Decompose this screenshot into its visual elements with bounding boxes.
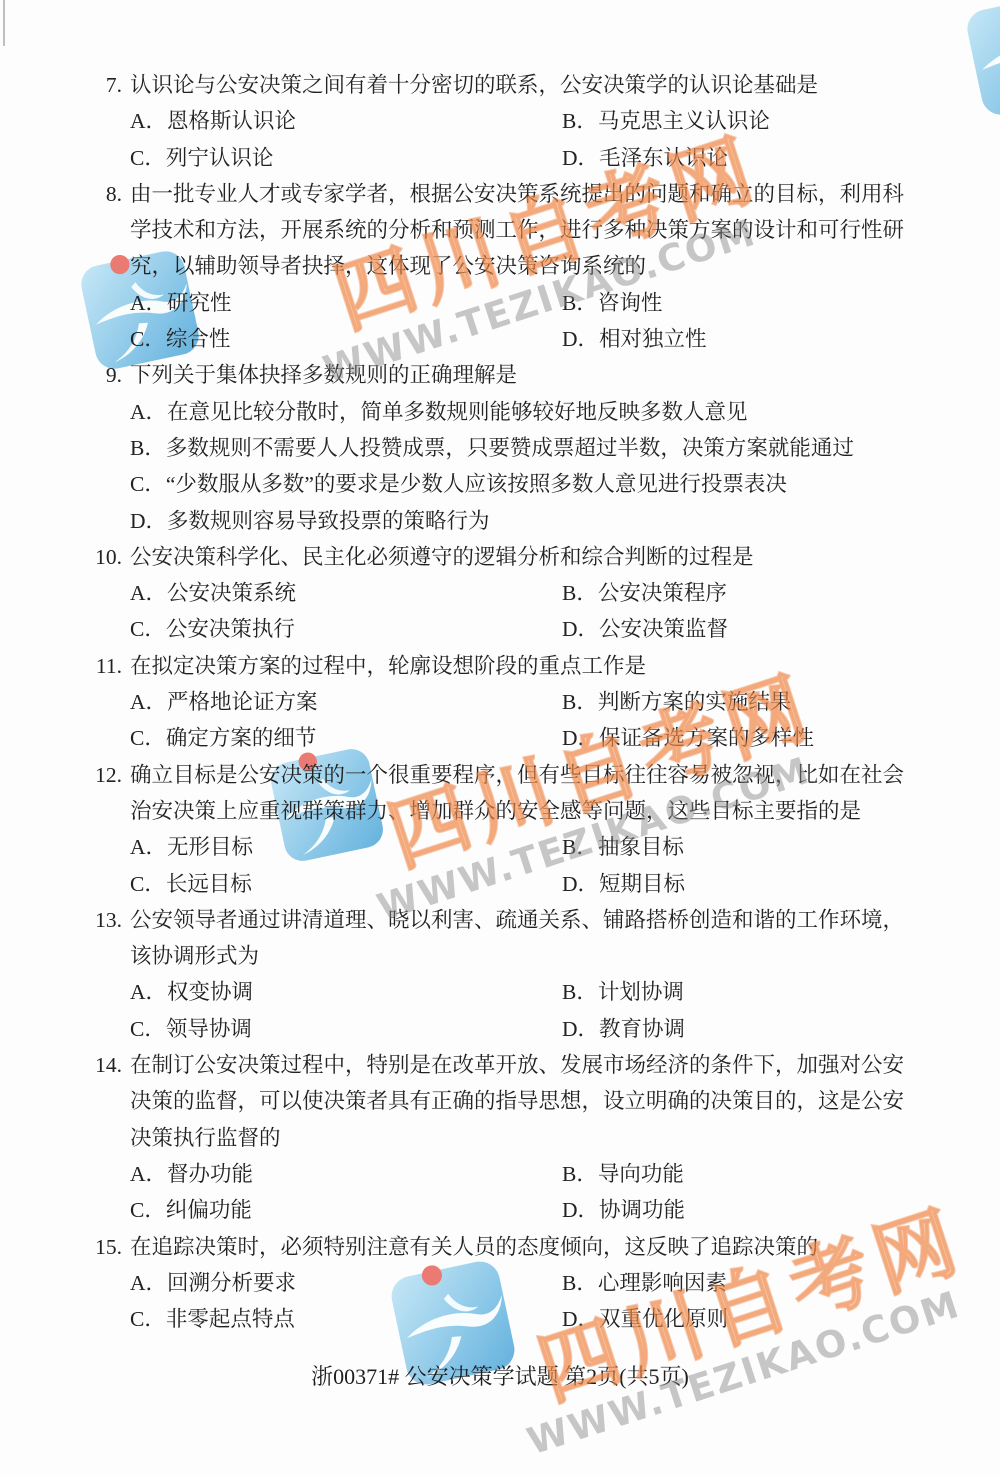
options-row: C．领导协调 D．教育协调: [0, 1011, 1000, 1047]
option-9-a: A．在意见比较分散时，简单多数规则能够较好地反映多数人意见: [0, 394, 1000, 430]
question-7: 7. 认识论与公安决策之间有着十分密切的联系，公安决策学的认识论基础是 A．恩格…: [0, 67, 1000, 176]
stem-line: 8. 由一批专业人才或专家学者，根据公安决策系统提出的问题和确立的目标，利用科: [0, 176, 1000, 212]
option-label: A．: [130, 684, 167, 720]
stem-line: 10. 公安决策科学化、民主化必须遵守的逻辑分析和综合判断的过程是: [0, 539, 1000, 575]
option-text: 领导协调: [166, 1017, 252, 1041]
option-15-a: A．回溯分析要求: [130, 1265, 562, 1301]
option-10-d: D．公安决策监督: [562, 611, 728, 647]
option-14-b: B．导向功能: [562, 1156, 684, 1192]
stem-line: 13. 公安领导者通过讲清道理、晓以利害、疏通关系、铺路搭桥创造和谐的工作环境，: [0, 902, 1000, 938]
stem-text: 确立目标是公安决策的一个很重要程序，但有些目标往往容易被忽视，比如在社会: [130, 763, 904, 787]
options-row: C．非零起点特点 D．双重优化原则: [0, 1301, 1000, 1337]
option-label: B．: [562, 1156, 598, 1192]
stem-line: 9. 下列关于集体抉择多数规则的正确理解是: [0, 357, 1000, 393]
option-label: B．: [562, 684, 598, 720]
option-label: B．: [130, 430, 166, 466]
option-label: D．: [562, 720, 599, 756]
option-label: A．: [130, 285, 167, 321]
option-text: 咨询性: [598, 291, 663, 315]
option-text: 多数规则不需要人人投赞成票，只要赞成票超过半数，决策方案就能通过: [166, 436, 854, 460]
option-8-a: A．研究性: [130, 285, 562, 321]
option-label: D．: [562, 866, 599, 902]
stem-text: 认识论与公安决策之间有着十分密切的联系，公安决策学的认识论基础是: [130, 73, 818, 97]
option-15-d: D．双重优化原则: [562, 1301, 728, 1337]
stem-line: 11. 在拟定决策方案的过程中，轮廓设想阶段的重点工作是: [0, 648, 1000, 684]
stem-line: 该协调形式为: [0, 938, 1000, 974]
question-number: 14.: [78, 1047, 122, 1083]
option-text: 双重优化原则: [599, 1307, 728, 1331]
option-14-d: D．协调功能: [562, 1192, 685, 1228]
option-13-d: D．教育协调: [562, 1011, 685, 1047]
options-row: C．综合性 D．相对独立性: [0, 321, 1000, 357]
option-label: A．: [130, 974, 167, 1010]
option-label: D．: [562, 140, 599, 176]
option-label: D．: [562, 1011, 599, 1047]
question-list: 7. 认识论与公安决策之间有着十分密切的联系，公安决策学的认识论基础是 A．恩格…: [0, 67, 1000, 1337]
option-label: C．: [130, 466, 166, 502]
option-label: B．: [562, 1265, 598, 1301]
options-row: A．公安决策系统 B．公安决策程序: [0, 575, 1000, 611]
stem-line: 15. 在追踪决策时，必须特别注意有关人员的态度倾向，这反映了追踪决策的: [0, 1229, 1000, 1265]
option-label: C．: [130, 1192, 166, 1228]
option-text: 教育协调: [599, 1017, 685, 1041]
option-text: 导向功能: [598, 1162, 684, 1186]
options-row: A．严格地论证方案 B．判断方案的实施结果: [0, 684, 1000, 720]
stem-text: 在追踪决策时，必须特别注意有关人员的态度倾向，这反映了追踪决策的: [130, 1235, 818, 1259]
option-7-a: A．恩格斯认识论: [130, 103, 562, 139]
stem-line: 14. 在制订公安决策过程中，特别是在改革开放、发展市场经济的条件下，加强对公安: [0, 1047, 1000, 1083]
question-10: 10. 公安决策科学化、民主化必须遵守的逻辑分析和综合判断的过程是 A．公安决策…: [0, 539, 1000, 648]
question-number: 13.: [78, 902, 122, 938]
option-12-d: D．短期目标: [562, 866, 685, 902]
option-text: “少数服从多数”的要求是少数人应该按照多数人意见进行投票表决: [166, 472, 787, 496]
scan-edge-artifact: [3, 0, 5, 46]
option-label: B．: [562, 103, 598, 139]
option-11-b: B．判断方案的实施结果: [562, 684, 791, 720]
option-label: D．: [562, 1192, 599, 1228]
exam-page: 7. 认识论与公安决策之间有着十分密切的联系，公安决策学的认识论基础是 A．恩格…: [0, 0, 1000, 1475]
option-label: D．: [562, 1301, 599, 1337]
option-text: 毛泽东认识论: [599, 146, 728, 170]
option-15-b: B．心理影响因素: [562, 1265, 727, 1301]
page-footer: 浙00371# 公安决策学试题 第2页(共5页): [0, 1359, 1000, 1395]
option-label: C．: [130, 1011, 166, 1047]
stem-text: 公安决策科学化、民主化必须遵守的逻辑分析和综合判断的过程是: [130, 545, 754, 569]
option-9-b: B．多数规则不需要人人投赞成票，只要赞成票超过半数，决策方案就能通过: [0, 430, 1000, 466]
stem-line: 决策的监督，可以使决策者具有正确的指导思想，设立明确的决策目的，这是公安: [0, 1083, 1000, 1119]
option-text: 短期目标: [599, 872, 685, 896]
option-10-c: C．公安决策执行: [130, 611, 562, 647]
question-number: 10.: [78, 539, 122, 575]
options-row: C．公安决策执行 D．公安决策监督: [0, 611, 1000, 647]
stem-text: 在拟定决策方案的过程中，轮廓设想阶段的重点工作是: [130, 654, 646, 678]
question-number: 7.: [78, 67, 122, 103]
options-row: A．研究性 B．咨询性: [0, 285, 1000, 321]
stem-text: 决策执行监督的: [130, 1126, 281, 1150]
options-row: A．权变协调 B．计划协调: [0, 974, 1000, 1010]
option-label: C．: [130, 140, 166, 176]
question-14: 14. 在制订公安决策过程中，特别是在改革开放、发展市场经济的条件下，加强对公安…: [0, 1047, 1000, 1228]
option-13-c: C．领导协调: [130, 1011, 562, 1047]
option-9-c: C．“少数服从多数”的要求是少数人应该按照多数人意见进行投票表决: [0, 466, 1000, 502]
option-8-b: B．咨询性: [562, 285, 662, 321]
stem-text: 决策的监督，可以使决策者具有正确的指导思想，设立明确的决策目的，这是公安: [130, 1089, 904, 1113]
option-11-a: A．严格地论证方案: [130, 684, 562, 720]
option-text: 公安决策系统: [167, 581, 296, 605]
option-label: C．: [130, 720, 166, 756]
stem-line: 7. 认识论与公安决策之间有着十分密切的联系，公安决策学的认识论基础是: [0, 67, 1000, 103]
option-text: 回溯分析要求: [167, 1271, 296, 1295]
option-text: 保证备选方案的多样性: [599, 726, 814, 750]
option-label: D．: [130, 503, 167, 539]
option-text: 长远目标: [166, 872, 252, 896]
option-label: C．: [130, 611, 166, 647]
option-text: 研究性: [167, 291, 232, 315]
option-label: A．: [130, 1265, 167, 1301]
option-9-d: D．多数规则容易导致投票的策略行为: [0, 503, 1000, 539]
option-text: 多数规则容易导致投票的策略行为: [167, 509, 490, 533]
option-label: A．: [130, 1156, 167, 1192]
option-text: 无形目标: [167, 835, 253, 859]
stem-text: 该协调形式为: [130, 944, 259, 968]
option-12-c: C．长远目标: [130, 866, 562, 902]
question-11: 11. 在拟定决策方案的过程中，轮廓设想阶段的重点工作是 A．严格地论证方案 B…: [0, 648, 1000, 757]
option-7-b: B．马克思主义认识论: [562, 103, 770, 139]
question-number: 11.: [78, 648, 122, 684]
option-label: A．: [130, 394, 167, 430]
option-text: 公安决策程序: [598, 581, 727, 605]
option-11-c: C．确定方案的细节: [130, 720, 562, 756]
option-text: 协调功能: [599, 1198, 685, 1222]
stem-line: 治安决策上应重视群策群力、增加群众的安全感等问题，这些目标主要指的是: [0, 793, 1000, 829]
option-13-b: B．计划协调: [562, 974, 684, 1010]
stem-text: 公安领导者通过讲清道理、晓以利害、疏通关系、铺路搭桥创造和谐的工作环境，: [130, 908, 904, 932]
option-text: 公安决策执行: [166, 617, 295, 641]
options-row: C．列宁认识论 D．毛泽东认识论: [0, 140, 1000, 176]
question-13: 13. 公安领导者通过讲清道理、晓以利害、疏通关系、铺路搭桥创造和谐的工作环境，…: [0, 902, 1000, 1047]
options-row: A．无形目标 B．抽象目标: [0, 829, 1000, 865]
option-text: 相对独立性: [599, 327, 707, 351]
option-text: 判断方案的实施结果: [598, 690, 792, 714]
option-text: 恩格斯认识论: [167, 109, 296, 133]
option-label: B．: [562, 285, 598, 321]
option-text: 严格地论证方案: [167, 690, 318, 714]
option-8-c: C．综合性: [130, 321, 562, 357]
option-14-a: A．督办功能: [130, 1156, 562, 1192]
stem-line: 12. 确立目标是公安决策的一个很重要程序，但有些目标往往容易被忽视，比如在社会: [0, 757, 1000, 793]
option-text: 督办功能: [167, 1162, 253, 1186]
stem-text: 由一批专业人才或专家学者，根据公安决策系统提出的问题和确立的目标，利用科: [130, 182, 904, 206]
stem-line: 究，以辅助领导者抉择，这体现了公安决策咨询系统的: [0, 248, 1000, 284]
option-text: 综合性: [166, 327, 231, 351]
option-12-a: A．无形目标: [130, 829, 562, 865]
option-text: 公安决策监督: [599, 617, 728, 641]
option-text: 抽象目标: [598, 835, 684, 859]
stem-text: 治安决策上应重视群策群力、增加群众的安全感等问题，这些目标主要指的是: [130, 799, 861, 823]
option-text: 非零起点特点: [166, 1307, 295, 1331]
option-7-c: C．列宁认识论: [130, 140, 562, 176]
stem-text: 在制订公安决策过程中，特别是在改革开放、发展市场经济的条件下，加强对公安: [130, 1053, 904, 1077]
options-row: A．回溯分析要求 B．心理影响因素: [0, 1265, 1000, 1301]
option-label: A．: [130, 829, 167, 865]
option-text: 纠偏功能: [166, 1198, 252, 1222]
option-7-d: D．毛泽东认识论: [562, 140, 728, 176]
option-8-d: D．相对独立性: [562, 321, 707, 357]
stem-line: 学技术和方法，开展系统的分析和预测工作，进行多种决策方案的设计和可行性研: [0, 212, 1000, 248]
option-label: A．: [130, 103, 167, 139]
option-12-b: B．抽象目标: [562, 829, 684, 865]
option-label: C．: [130, 866, 166, 902]
option-11-d: D．保证备选方案的多样性: [562, 720, 814, 756]
stem-text: 学技术和方法，开展系统的分析和预测工作，进行多种决策方案的设计和可行性研: [130, 218, 904, 242]
option-label: D．: [562, 321, 599, 357]
option-14-c: C．纠偏功能: [130, 1192, 562, 1228]
question-number: 8.: [78, 176, 122, 212]
options-row: C．长远目标 D．短期目标: [0, 866, 1000, 902]
option-text: 马克思主义认识论: [598, 109, 770, 133]
option-label: B．: [562, 575, 598, 611]
options-row: C．确定方案的细节 D．保证备选方案的多样性: [0, 720, 1000, 756]
option-label: C．: [130, 1301, 166, 1337]
option-text: 计划协调: [598, 980, 684, 1004]
option-label: A．: [130, 575, 167, 611]
option-text: 列宁认识论: [166, 146, 274, 170]
stem-text: 下列关于集体抉择多数规则的正确理解是: [130, 363, 517, 387]
option-15-c: C．非零起点特点: [130, 1301, 562, 1337]
option-label: D．: [562, 611, 599, 647]
question-15: 15. 在追踪决策时，必须特别注意有关人员的态度倾向，这反映了追踪决策的 A．回…: [0, 1229, 1000, 1338]
options-row: C．纠偏功能 D．协调功能: [0, 1192, 1000, 1228]
question-number: 15.: [78, 1229, 122, 1265]
option-10-a: A．公安决策系统: [130, 575, 562, 611]
option-text: 心理影响因素: [598, 1271, 727, 1295]
option-label: B．: [562, 974, 598, 1010]
option-text: 权变协调: [167, 980, 253, 1004]
option-label: B．: [562, 829, 598, 865]
options-row: A．督办功能 B．导向功能: [0, 1156, 1000, 1192]
question-number: 9.: [78, 357, 122, 393]
options-row: A．恩格斯认识论 B．马克思主义认识论: [0, 103, 1000, 139]
stem-line: 决策执行监督的: [0, 1120, 1000, 1156]
question-12: 12. 确立目标是公安决策的一个很重要程序，但有些目标往往容易被忽视，比如在社会…: [0, 757, 1000, 902]
option-text: 在意见比较分散时，简单多数规则能够较好地反映多数人意见: [167, 400, 748, 424]
option-label: C．: [130, 321, 166, 357]
question-8: 8. 由一批专业人才或专家学者，根据公安决策系统提出的问题和确立的目标，利用科 …: [0, 176, 1000, 357]
option-13-a: A．权变协调: [130, 974, 562, 1010]
option-text: 确定方案的细节: [166, 726, 317, 750]
stem-text: 究，以辅助领导者抉择，这体现了公安决策咨询系统的: [130, 254, 646, 278]
option-10-b: B．公安决策程序: [562, 575, 727, 611]
question-9: 9. 下列关于集体抉择多数规则的正确理解是 A．在意见比较分散时，简单多数规则能…: [0, 357, 1000, 538]
question-number: 12.: [78, 757, 122, 793]
